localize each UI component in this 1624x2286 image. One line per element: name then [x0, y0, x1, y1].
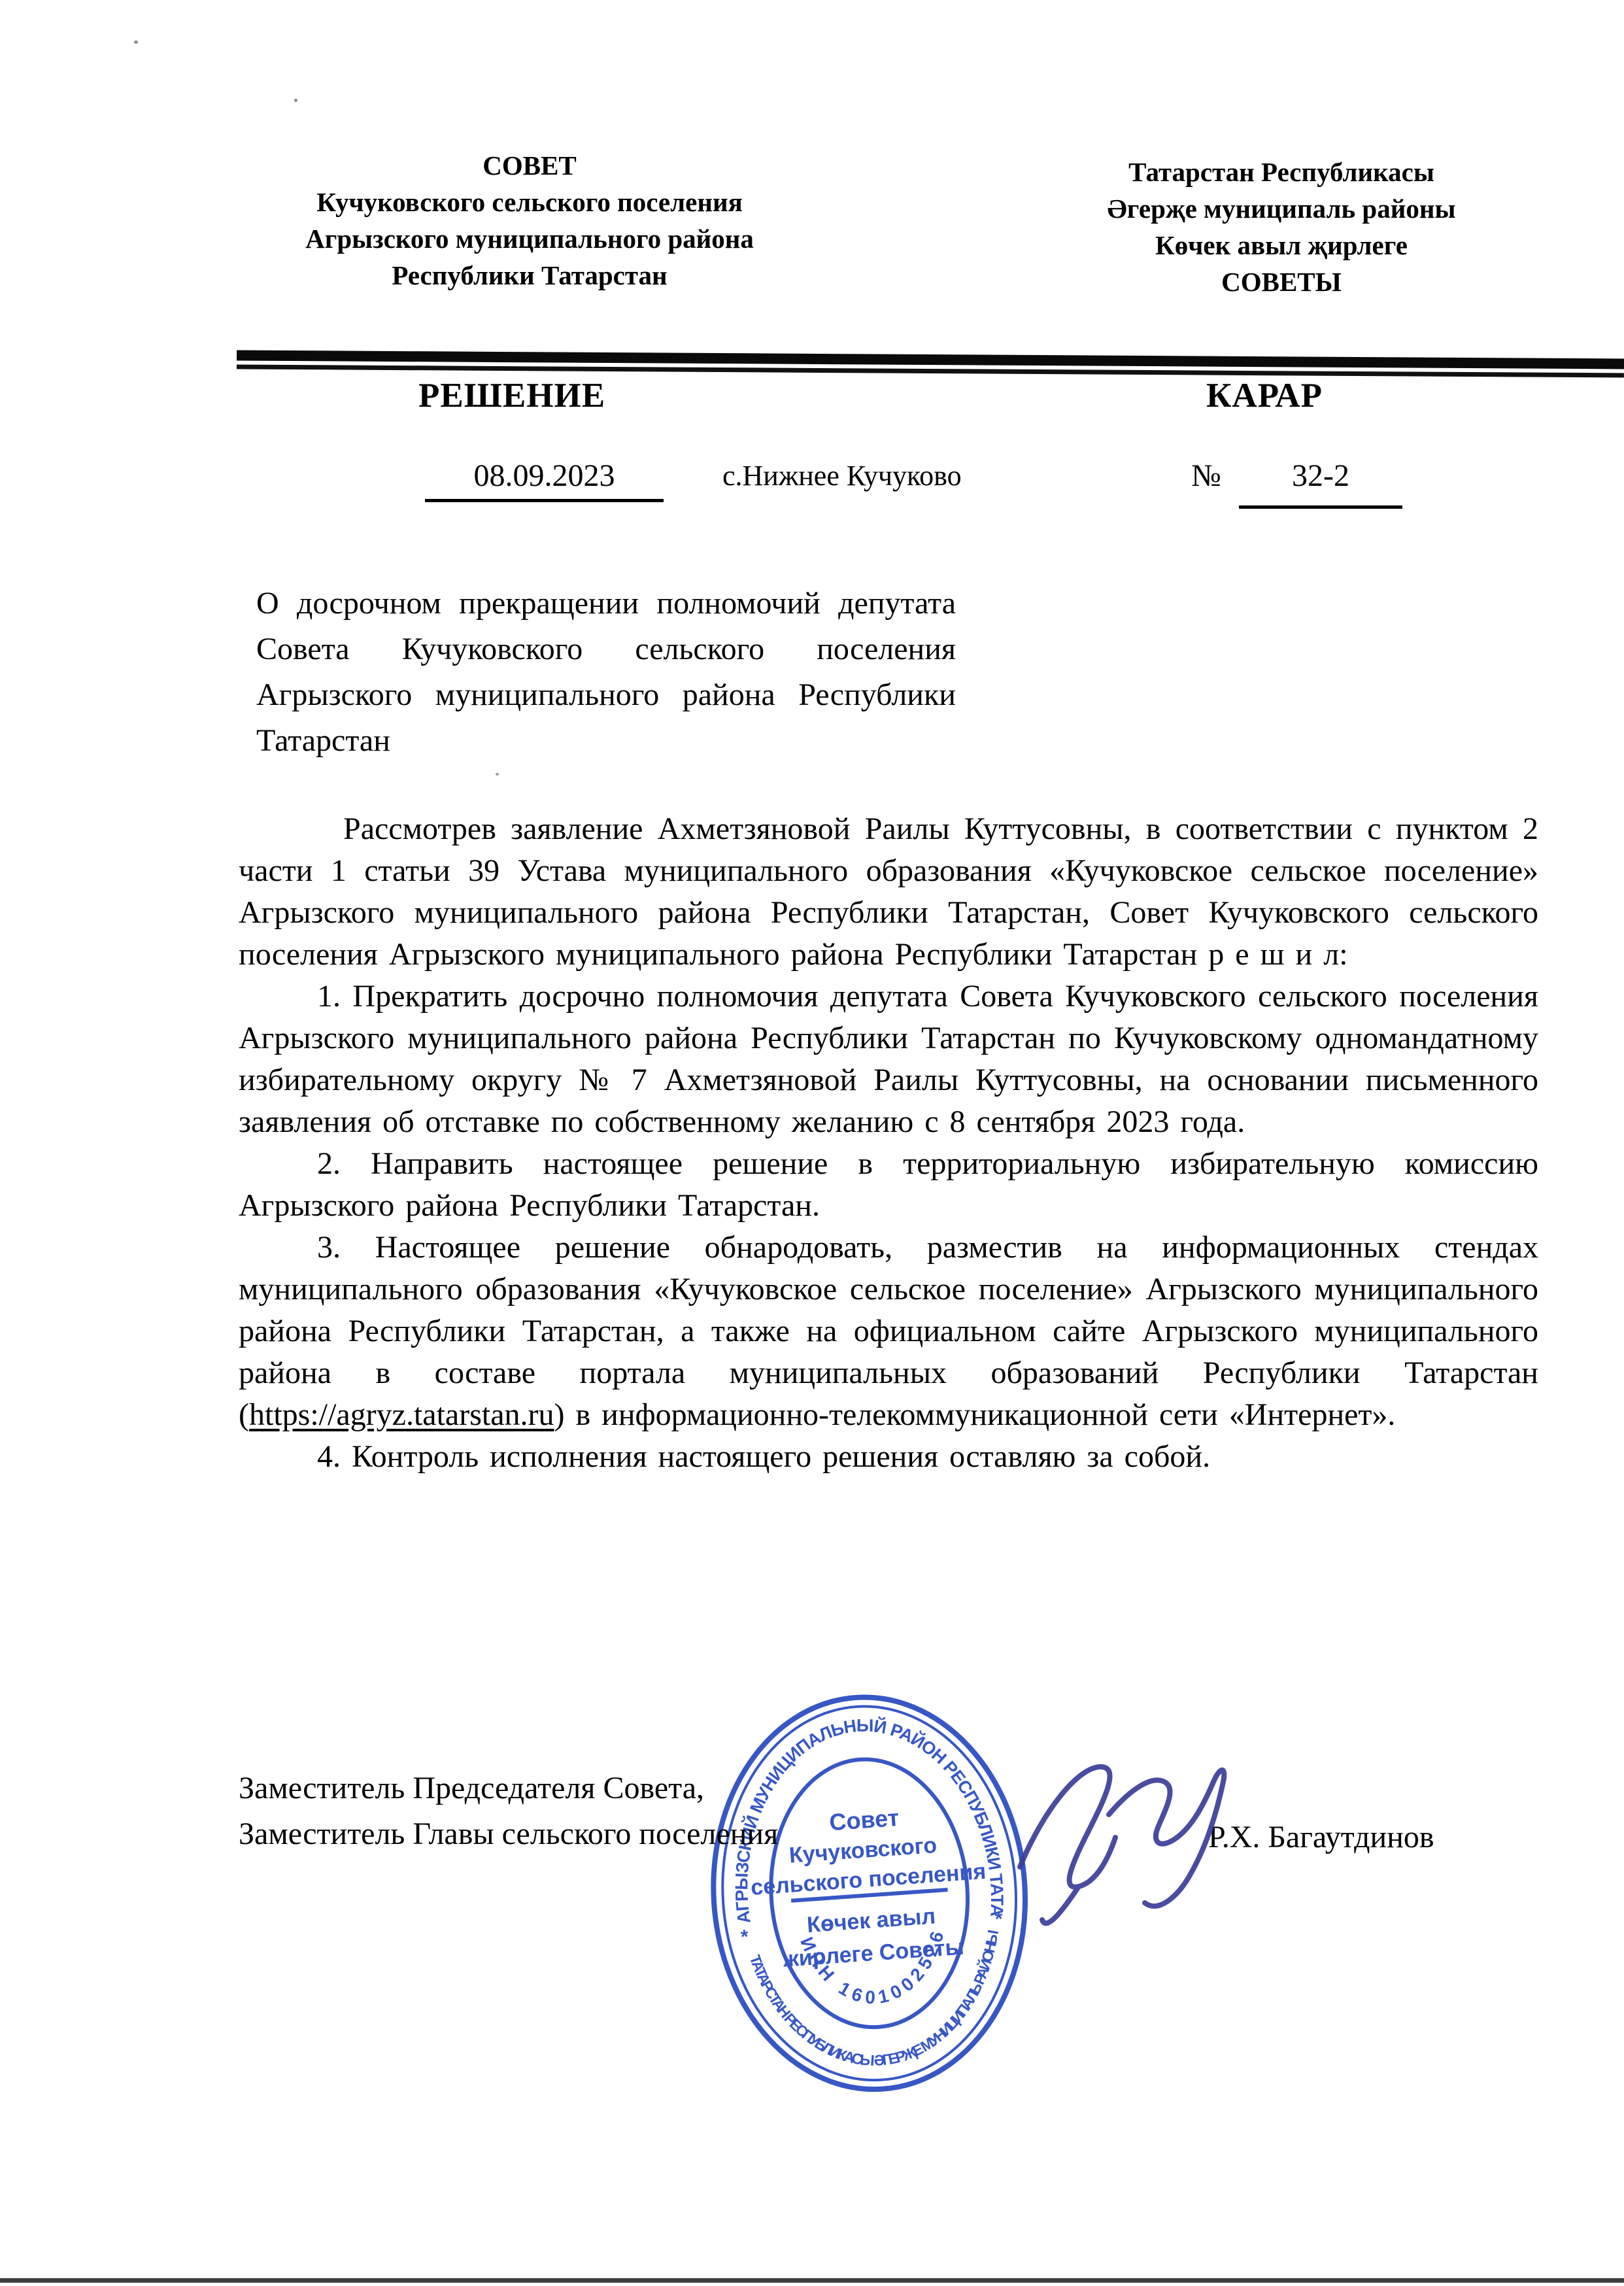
header-divider-rule: [237, 350, 1624, 378]
doc-place: с.Нижнее Кучуково: [722, 459, 962, 492]
intro-paragraph: Рассмотрев заявление Ахметзяновой Раилы …: [239, 808, 1538, 976]
resolution-item-3: 3. Настоящее решение обнародовать, разме…: [239, 1227, 1538, 1436]
doc-number-label: №: [1191, 458, 1221, 494]
header-right-line: Көчек авыл җирлеге: [1053, 227, 1510, 264]
stamp-center-line: Кучуковского: [788, 1833, 938, 1868]
scan-speck: [496, 773, 499, 776]
signature-title-line-2: Заместитель Главы сельского поселения: [239, 1811, 778, 1857]
header-right-tt: Татарстан Республикасы Әгерҗе муниципаль…: [1053, 154, 1510, 300]
item-3-text-after-url: ) в информационно-телекоммуникационной с…: [554, 1397, 1396, 1432]
resolution-item-4: 4. Контроль исполнения настоящего решени…: [239, 1436, 1538, 1478]
signature-stroke: [1020, 1767, 1224, 1923]
header-left-line: Республики Татарстан: [216, 257, 843, 294]
header-right-line: Татарстан Республикасы: [1053, 154, 1510, 190]
header-left-line: СОВЕТ: [216, 147, 843, 184]
signature-titles: Заместитель Председателя Совета, Замести…: [239, 1766, 778, 1857]
scan-speck: [134, 41, 138, 44]
resolution-item-1: 1. Прекратить досрочно полномочия депута…: [239, 976, 1538, 1143]
doc-date: 08.09.2023: [425, 458, 664, 502]
stamp-center-line: Совет: [828, 1804, 900, 1835]
resolution-item-2: 2. Направить настоящее решение в террито…: [239, 1143, 1538, 1227]
stamp-separator-left: *: [740, 1926, 749, 1948]
portal-url: https://agryz.tatarstan.ru: [249, 1397, 554, 1432]
scan-speck: [294, 99, 297, 102]
handwritten-signature: [981, 1726, 1281, 1942]
doc-title-ru: РЕШЕНИЕ: [418, 376, 605, 415]
header-left-line: Кучуковского сельского поселения: [216, 184, 843, 220]
header-left-ru: СОВЕТ Кучуковского сельского поселения А…: [216, 147, 843, 294]
header-left-line: Агрызского муниципального района: [216, 220, 843, 257]
scanned-decision-document: СОВЕТ Кучуковского сельского поселения А…: [0, 0, 1624, 2286]
scanner-edge-artifact: [0, 2278, 1624, 2283]
header-right-line: Әгерҗе муниципаль районы: [1053, 190, 1510, 227]
stamp-texts: АГРЫЗСКИЙ МУНИЦИПАЛЬНЫЙ РАЙОН РЕСПУБЛИКИ…: [688, 1676, 1019, 2081]
stamp-center-line: Көчек авыл: [806, 1903, 936, 1937]
doc-number: 32-2: [1239, 458, 1402, 509]
doc-title-tt: КАРАР: [1206, 376, 1323, 415]
header-right-line: СОВЕТЫ: [1053, 264, 1510, 300]
doc-subject: О досрочном прекращении полномочий депут…: [256, 581, 956, 764]
doc-body: Рассмотрев заявление Ахметзяновой Раилы …: [239, 808, 1538, 1478]
signature-title-line-1: Заместитель Председателя Совета,: [239, 1766, 778, 1811]
